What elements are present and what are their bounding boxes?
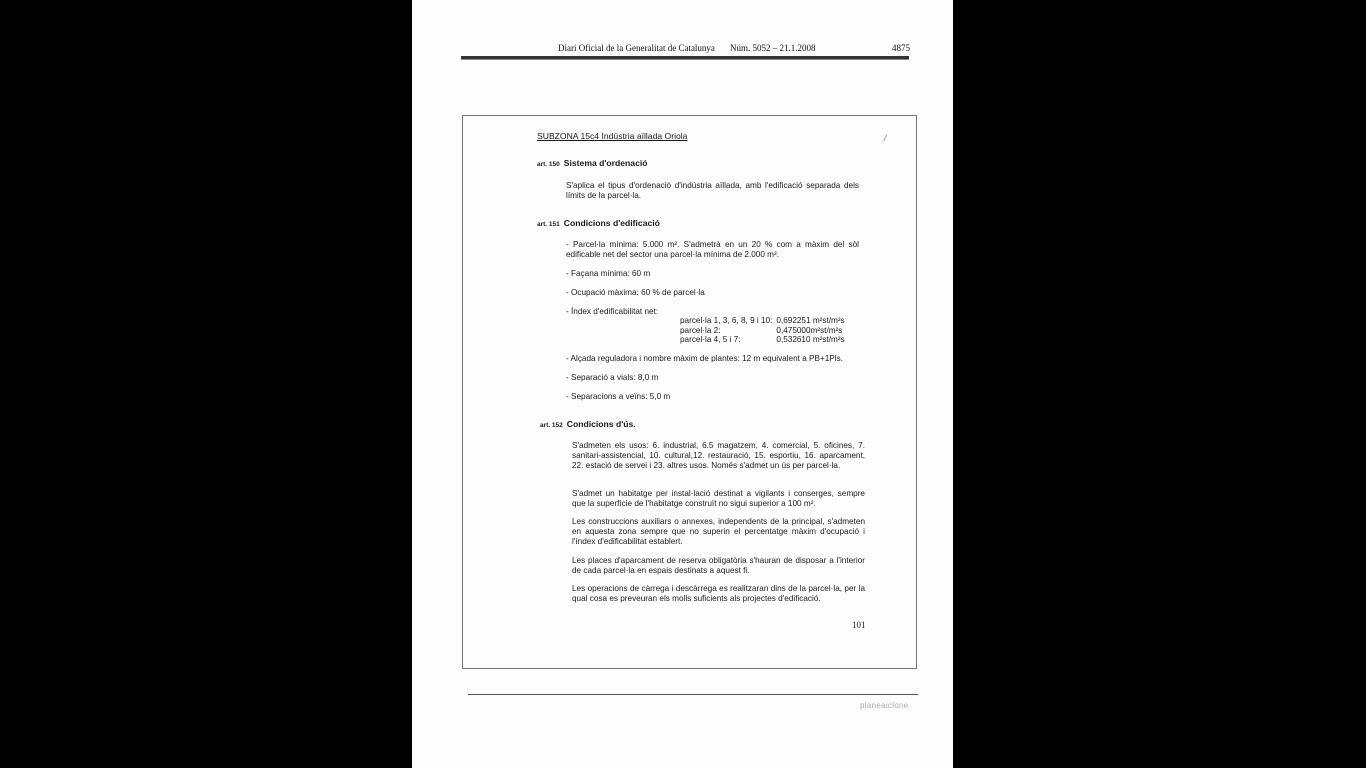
inner-page-number: 101 (852, 620, 866, 630)
issue-number: Núm. 5052 – 21.1.2008 (730, 43, 816, 53)
article-152-paragraph: Les construccions auxiliars o annexes, i… (572, 517, 865, 547)
article-150-heading: art. 150Sistema d'ordenació (537, 158, 648, 170)
condition-item: - Ocupació màxima: 60 % de parcel·la (566, 288, 705, 298)
header-rule (461, 56, 909, 60)
article-152-paragraph: S'admeten els usos: 6. industrial, 6.5 m… (572, 441, 865, 471)
article-label: art. 152 (540, 422, 563, 429)
subzone-title: SUBZONA 15c4 Indústria aïllada Oriola (537, 131, 687, 141)
condition-item: - Parcel·la mínima: 5.000 m². S'admetrà … (566, 240, 859, 260)
article-label: art. 151 (537, 221, 560, 228)
footer-rule (468, 694, 918, 695)
article-150-paragraph: S'aplica el tipus d'ordenació d'indústri… (566, 181, 859, 201)
article-title: Condicions d'ús. (567, 419, 636, 429)
condition-item: - Alçada reguladora i nombre màxim de pl… (566, 354, 843, 364)
table-row: parcel·la 4, 5 i 7: 0,532610 m²st/m²s (680, 335, 845, 345)
table-row: parcel·la 2: 0,475000m²st/m²s (680, 326, 845, 336)
article-152-paragraph: Les places d'aparcament de reserva oblig… (572, 556, 865, 576)
buildability-index-table: parcel·la 1, 3, 6, 8, 9 i 10: 0,692251 m… (680, 316, 845, 345)
document-page: Diari Oficial de la Generalitat de Catal… (412, 0, 953, 768)
table-row: parcel·la 1, 3, 6, 8, 9 i 10: 0,692251 m… (680, 316, 845, 326)
index-value: 0,532610 m²st/m²s (772, 335, 844, 345)
index-value: 0,692251 m²st/m²s (772, 316, 844, 326)
article-title: Sistema d'ordenació (564, 158, 648, 168)
footer-watermark: planeaiclone (860, 701, 909, 711)
condition-item: - Separació a vials: 8,0 m (566, 373, 658, 383)
article-152-heading: art. 152Condicions d'ús. (540, 419, 636, 431)
article-152-paragraph: S'admet un habitatge per instal·lació de… (572, 489, 865, 509)
article-152-paragraph: Les operacions de càrrega i descàrrega e… (572, 584, 865, 604)
parcel-cell: parcel·la 2: (680, 326, 772, 336)
journal-page-number: 4875 (892, 43, 910, 53)
parcel-cell: parcel·la 4, 5 i 7: (680, 335, 772, 345)
article-title: Condicions d'edificació (564, 218, 660, 228)
condition-item: - Façana mínima: 60 m (566, 269, 650, 279)
article-label: art. 150 (537, 161, 560, 168)
condition-item: - Índex d'edificabilitat net: (566, 307, 658, 317)
condition-item: - Separacions a veïns: 5,0 m (566, 392, 670, 402)
parcel-cell: parcel·la 1, 3, 6, 8, 9 i 10: (680, 316, 772, 326)
journal-title: Diari Oficial de la Generalitat de Catal… (558, 43, 715, 53)
article-151-heading: art. 151Condicions d'edificació (537, 218, 660, 230)
index-value: 0,475000m²st/m²s (772, 326, 844, 336)
